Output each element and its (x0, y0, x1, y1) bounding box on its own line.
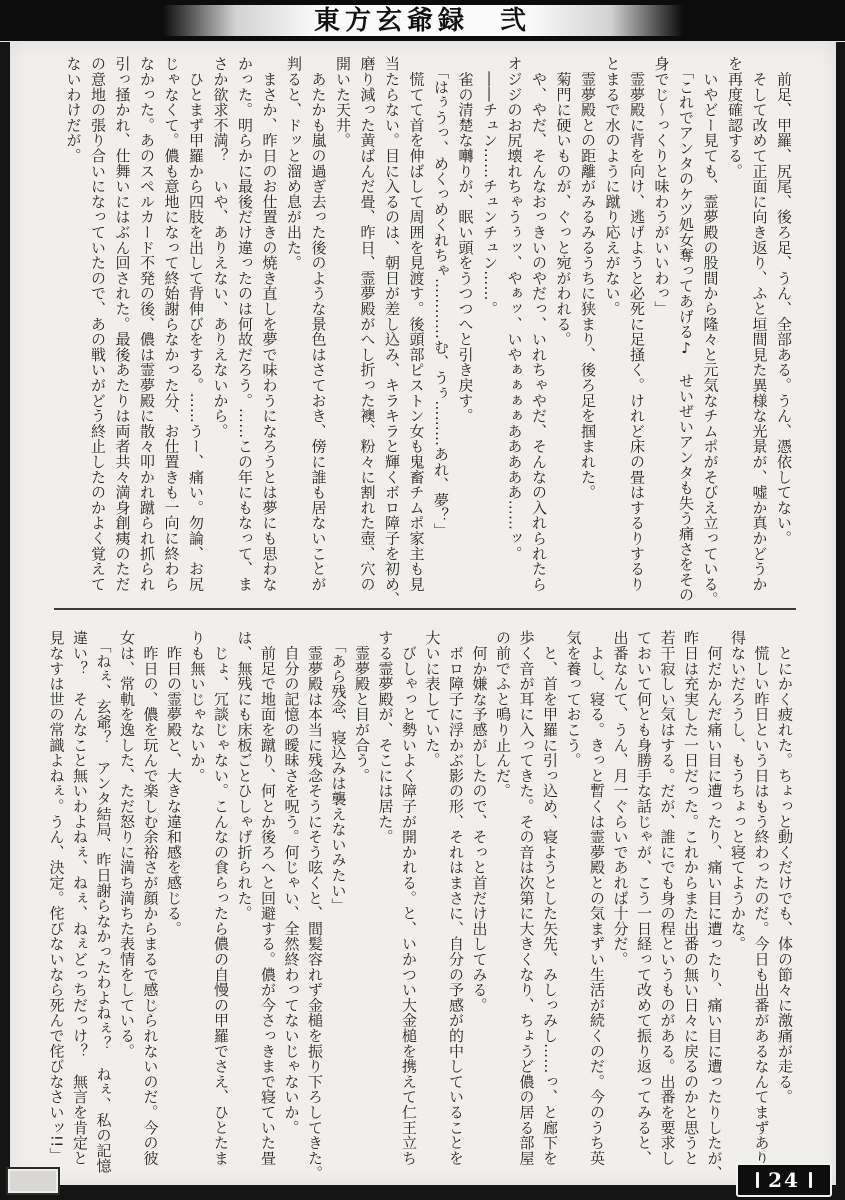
text-column: 出番なんて、うん、月一ぐらいであれば十分だ。 (608, 630, 632, 1192)
text-column: とまるで水のように蹴り応えがない。 (600, 56, 625, 616)
text-column: なかった。あのスペルカード不発の後、儂は霊夢殿に散々叩かれ蹴られ抓られ (135, 56, 160, 616)
bottom-text-block: とにかく疲れた。ちょっと動くだけでも、体の節々に激痛が走る。 慌しい昨日という日… (44, 630, 796, 1192)
text-column: は、無残にも床板ごとひしゃげ折られた。 (232, 630, 256, 1192)
text-column: 開いた天井。 (331, 56, 356, 616)
page-number-tick-right (809, 1172, 812, 1188)
text-column: する霊夢殿が、そこには居た。 (373, 630, 397, 1192)
page-number-tick-left (756, 1172, 759, 1188)
text-column: 「これでアンタのケツ処女奪ってあげる♪ せいぜいアンタも失う痛さをその (674, 56, 699, 616)
text-column: 「ねぇ、玄爺？ アンタ結局、昨日謝らなかったわよねぇ？ ねぇ、私の記憶 (91, 630, 115, 1192)
text-column: 自分の記憶の曖昧さを呪う。何じゃい、全然終わってないじゃないか。 (279, 630, 303, 1192)
text-column: 「はぅうっ、めくっめくれちゃ…………む、うぅ………あれ、夢？」 (429, 56, 454, 616)
text-column: とにかく疲れた。ちょっと動くだけでも、体の節々に激痛が走る。 (773, 630, 797, 1192)
text-column: と、首を甲羅に引っ込め、寝ようとした矢先、みしっみし……っ、と廊下を (538, 630, 562, 1192)
text-column: 昨日の、儂を玩んで楽しむ余裕さが顔からまるで感じられないのだ。今の彼 (138, 630, 162, 1192)
text-column: 違い？ そんなこと無いわよねぇ、ねぇ、ねぇどっちだっけ？ 無言を肯定と (68, 630, 92, 1192)
top-text-block: 前足、甲羅、尻尾、後ろ足、うん、全部ある。うん、憑依してない。 そして改めて正面… (61, 56, 796, 616)
text-column: 当たらない。目に入るのは、朝日が差し込み、キラキラと輝くボロ障子を初め、 (380, 56, 405, 616)
text-column: 前足で地面を蹴り、何とか後ろへと回避する。儂が今さっきまで寝ていた畳 (256, 630, 280, 1192)
text-column: の意地の張り合いになっていたので、あの戦いがどう終止したのかよく覚えて (86, 56, 111, 616)
section-divider (54, 608, 796, 610)
text-column: さか欲求不満？ いや、ありえない、ありえないから。 (208, 56, 233, 616)
text-column: 霊夢殿に背を向け、逃げようと必死に足掻く。けれど床の畳はするりするり (625, 56, 650, 616)
text-column: 何か嫌な予感がしたので、そっと首だけ出してみる。 (467, 630, 491, 1192)
text-column: 昨日の霊夢殿と、大きな違和感を感じる。 (162, 630, 186, 1192)
text-column: ――チュン……チュンチュン……。 (478, 56, 503, 616)
text-column: や、やだ、そんなおっきいのやだっ、いれちゃやだ、そんなの入れられたら (527, 56, 552, 616)
page-title: 東方玄爺録 弐 (314, 8, 531, 34)
text-column: 女は、常軌を逸した、ただ怒りに満ち満ちた表情をしている。 (115, 630, 139, 1192)
text-column: 霊夢殿との距離がみるみるうちに狭まり、後ろ足を掴まれた。 (576, 56, 601, 616)
text-column: 何だかんだ痛い目に遭ったり、痛い目に遭ったり、痛い目に遭ったりしたが、 (702, 630, 726, 1192)
corner-tab (6, 1167, 60, 1195)
text-column: じょ、冗談じゃない。こんなの食らったら儂の自慢の甲羅でさえ、ひとたま (209, 630, 233, 1192)
text-column: じゃなくて。儂も意地になって終始謝らなかった分、お仕置きも一向に終わら (159, 56, 184, 616)
text-column: の前でふと鳴り止んだ。 (491, 630, 515, 1192)
text-column: ないわけだが。 (61, 56, 86, 616)
page-number-badge: 24 (736, 1163, 832, 1197)
text-column: 歩く音が耳に入ってきた。その音は次第に大きくなり、ちょうど儂の居る部屋 (514, 630, 538, 1192)
text-column: 前足、甲羅、尻尾、後ろ足、うん、全部ある。うん、憑依してない。 (772, 56, 797, 616)
text-column: 得ないだろうし、もうちょっと寝てようかな。 (726, 630, 750, 1192)
text-column: いやどー見ても、霊夢殿の股間から隆々と元気なチムポがそびえ立っている。 (698, 56, 723, 616)
text-column: 雀の清楚な囀りが、眠い頭をうつつへと引き戻す。 (453, 56, 478, 616)
text-column: まさか、昨日のお仕置きの焼き直しを夢で味わうになろうとは夢にも思わな (257, 56, 282, 616)
page-body: 前足、甲羅、尻尾、後ろ足、うん、全部ある。うん、憑依してない。 そして改めて正面… (10, 42, 836, 1185)
text-column: 若干寂しい気はする。だが、誰にでも身の程というものがある。出番を要求し (655, 630, 679, 1192)
text-column: を再度確認する。 (723, 56, 748, 616)
text-column: 慌しい昨日という日はもう終わったのだ。今日も出番があるなんてまずあり (749, 630, 773, 1192)
text-column: ひとまず甲羅から四肢を出して背伸びをする。……うー、痛い。勿論、お尻 (184, 56, 209, 616)
text-column: りも無いじゃないか。 (185, 630, 209, 1192)
text-column: 霊夢殿は本当に残念そうにそう呟くと、間髪容れず金槌を振り下ろしてきた。 (303, 630, 327, 1192)
text-column: かった。明らかに最後だけ違ったのは何故だろう。……この年にもなって、ま (233, 56, 258, 616)
text-column: 見なすは世の常識よねぇ。うん、決定。侘びないなら死んで侘びなさいッ!!」 (44, 630, 68, 1192)
text-column: ておいて何とも身勝手な話じゃが、こう一日経って改めて振り返ってみると、 (632, 630, 656, 1192)
text-column: 判ると、ドッと溜め息が出た。 (282, 56, 307, 616)
header-band: 東方玄爺録 弐 (0, 0, 845, 42)
text-column: 引っ掻かれ、仕舞いにはぶん回された。最後あたりは両者共々満身創痍のただ (110, 56, 135, 616)
text-column: 磨り減った黄ばんだ畳、昨日、霊夢殿がへし折った襖、粉々に割れた壺、穴の (355, 56, 380, 616)
text-column: 「あら残念、寝込みは襲えないみたい」 (326, 630, 350, 1192)
text-column: 気を養っておこう。 (561, 630, 585, 1192)
scanned-book-page: { "header": { "title": "東方玄爺録 弐" }, "pag… (0, 0, 845, 1200)
text-column: 慌てて首を伸ばして周囲を見渡す。後頭部ピストン女も鬼畜チムポ家主も見 (404, 56, 429, 616)
text-column: オジジのお尻壊れちゃうぅッ、やぁッ、いやぁぁぁぁあああああ……ッ。 (502, 56, 527, 616)
text-column: よし、寝る。きっと暫くは霊夢殿との気まずい生活が続くのだ。今のうち英 (585, 630, 609, 1192)
text-column: そして改めて正面に向き返り、ふと垣間見た異様な光景が、嘘か真かどうか (747, 56, 772, 616)
page-number: 24 (768, 1170, 800, 1190)
title-strip: 東方玄爺録 弐 (163, 5, 683, 36)
text-column: 大いに表していた。 (420, 630, 444, 1192)
text-column: ボロ障子に浮かぶ影の形、それはまさに、自分の予感が的中していることを (444, 630, 468, 1192)
text-column: 身でじ〜っくりと味わうがいいわっ」 (649, 56, 674, 616)
text-column: 昨日は充実した一日だった。これからまた出番の無い日々に戻るのかと思うと (679, 630, 703, 1192)
text-column: あたかも嵐の過ぎ去った後のような景色はさておき、傍に誰も居ないことが (306, 56, 331, 616)
text-column: 霊夢殿と目が合う。 (350, 630, 374, 1192)
text-column: びしゃっと勢いよく障子が開かれる。と、いかつい大金槌を携えて仁王立ち (397, 630, 421, 1192)
text-column: 菊門に硬いものが、ぐっと宛がわれる。 (551, 56, 576, 616)
